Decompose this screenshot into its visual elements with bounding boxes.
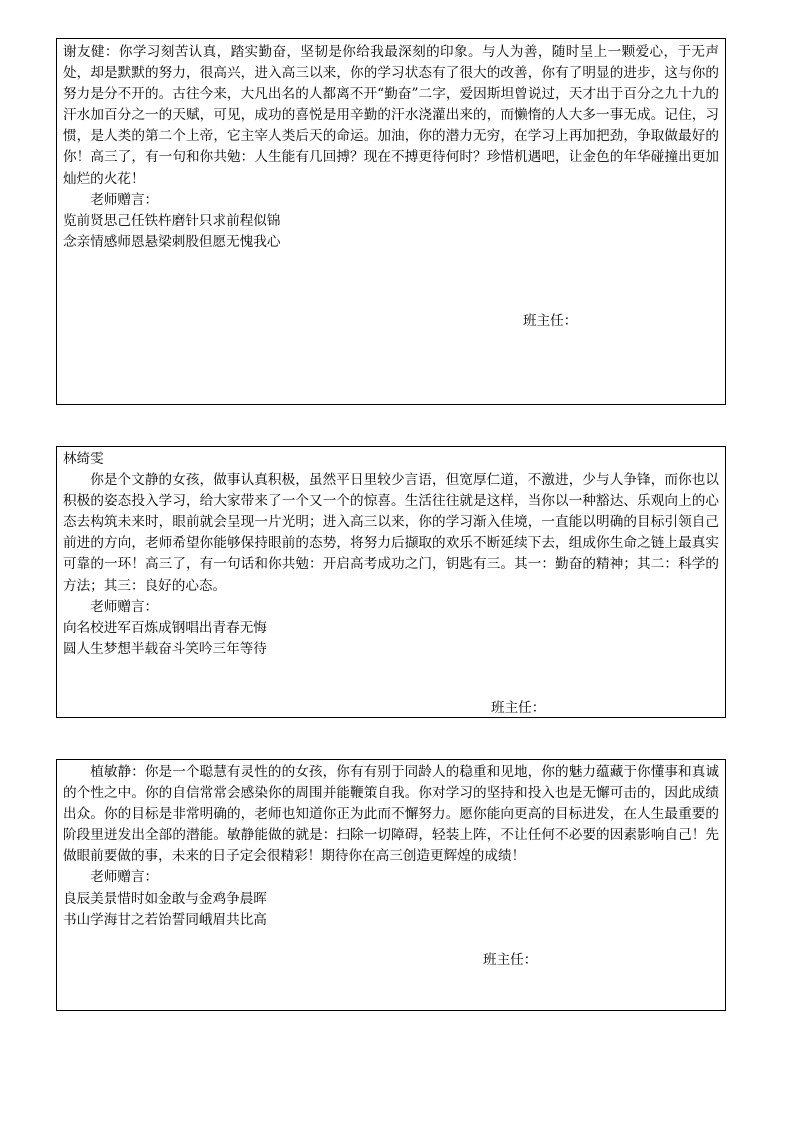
motto-label: 老师赠言： bbox=[63, 597, 719, 618]
motto-line: 书山学海甘之若饴誓同峨眉共比高 bbox=[63, 910, 719, 931]
signature-label: 班主任： bbox=[523, 311, 577, 332]
comment-card-1: 谢友健：你学习刻苦认真，踏实勤奋，坚韧是你给我最深刻的印象。与人为善，随时呈上一… bbox=[56, 38, 726, 405]
motto-label: 老师赠言： bbox=[63, 867, 719, 888]
student-name: 林绮雯 bbox=[63, 449, 719, 470]
comment-card-2: 林绮雯 你是个文静的女孩，做事认真积极，虽然平日里较少言语，但宽厚仁道，不激进，… bbox=[56, 446, 726, 718]
signature-label: 班主任： bbox=[491, 698, 545, 719]
comment-body: 谢友健：你学习刻苦认真，踏实勤奋，坚韧是你给我最深刻的印象。与人为善，随时呈上一… bbox=[63, 42, 719, 190]
motto-line: 念亲情感师恩悬梁刺股但愿无愧我心 bbox=[63, 232, 719, 253]
comment-card-3: 植敏静：你是一个聪慧有灵性的的女孩，你有有别于同龄人的稳重和见地，你的魅力蕴藏于… bbox=[56, 759, 726, 1011]
motto-line: 良辰美景惜时如金敢与金鸡争晨晖 bbox=[63, 889, 719, 910]
comment-body: 你是个文静的女孩，做事认真积极，虽然平日里较少言语，但宽厚仁道，不激进，少与人争… bbox=[63, 470, 719, 597]
motto-label: 老师赠言： bbox=[63, 190, 719, 211]
comment-body: 植敏静：你是一个聪慧有灵性的的女孩，你有有别于同龄人的稳重和见地，你的魅力蕴藏于… bbox=[63, 762, 719, 867]
motto-line: 向名校进军百炼成钢唱出青春无悔 bbox=[63, 618, 719, 639]
motto-line: 览前贤思己任铁杵磨针只求前程似锦 bbox=[63, 211, 719, 232]
signature-label: 班主任： bbox=[483, 950, 537, 971]
motto-line: 圆人生梦想半载奋斗笑吟三年等待 bbox=[63, 639, 719, 660]
